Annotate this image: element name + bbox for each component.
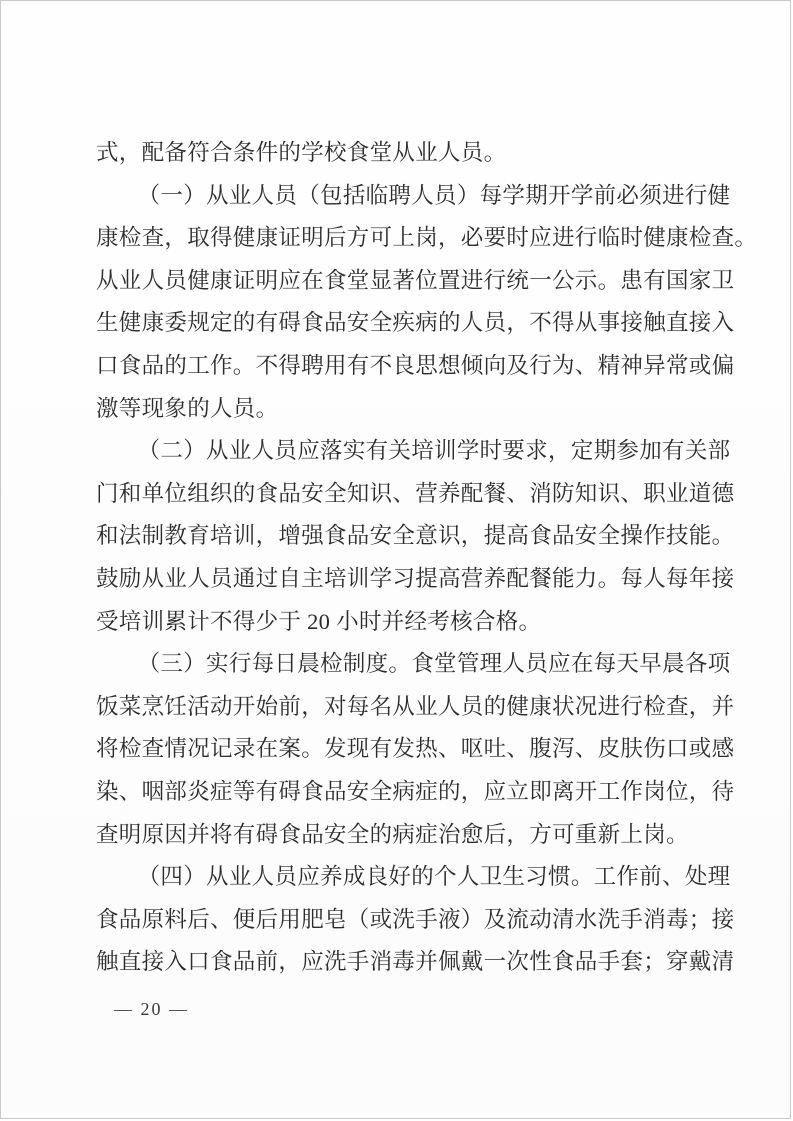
- text-line: 门和单位组织的食品安全知识、营养配餐、消防知识、职业道德: [96, 473, 705, 516]
- text-line: 式，配备符合条件的学校食堂从业人员。: [96, 132, 705, 175]
- text-line: 查明原因并将有碍食品安全的病症治愈后，方可重新上岗。: [96, 814, 705, 857]
- text-line: 鼓励从业人员通过自主培训学习提高营养配餐能力。每人每年接: [96, 558, 705, 601]
- text-line: 从业人员健康证明应在食堂显著位置进行统一公示。患有国家卫: [96, 260, 705, 303]
- text-line: 受培训累计不得少于 20 小时并经考核合格。: [96, 601, 705, 644]
- text-line: 触直接入口食品前，应洗手消毒并佩戴一次性食品手套；穿戴清: [96, 941, 705, 984]
- text-line: （二）从业人员应落实有关培训学时要求，定期参加有关部: [96, 430, 705, 473]
- text-line: 康检查，取得健康证明后方可上岗，必要时应进行临时健康检查。: [96, 217, 705, 260]
- page-number: — 20 —: [114, 999, 189, 1020]
- text-line: 生健康委规定的有碍食品安全疾病的人员，不得从事接触直接入: [96, 302, 705, 345]
- text-line: 染、咽部炎症等有碍食品安全病症的，应立即离开工作岗位，待: [96, 771, 705, 814]
- text-line: （四）从业人员应养成良好的个人卫生习惯。工作前、处理: [96, 856, 705, 899]
- text-line: 将检查情况记录在案。发现有发热、呕吐、腹泻、皮肤伤口或感: [96, 728, 705, 771]
- text-line: 口食品的工作。不得聘用有不良思想倾向及行为、精神异常或偏: [96, 345, 705, 388]
- text-line: （三）实行每日晨检制度。食堂管理人员应在每天早晨各项: [96, 643, 705, 686]
- text-line: 激等现象的人员。: [96, 388, 705, 431]
- document-page: 式，配备符合条件的学校食堂从业人员。 （一）从业人员（包括临聘人员）每学期开学前…: [0, 0, 791, 1119]
- text-line: 和法制教育培训，增强食品安全意识，提高食品安全操作技能。: [96, 515, 705, 558]
- text-line: 饭菜烹饪活动开始前，对每名从业人员的健康状况进行检查，并: [96, 686, 705, 729]
- document-body: 式，配备符合条件的学校食堂从业人员。 （一）从业人员（包括临聘人员）每学期开学前…: [96, 132, 705, 984]
- text-line: 食品原料后、便后用肥皂（或洗手液）及流动清水洗手消毒；接: [96, 899, 705, 942]
- text-line: （一）从业人员（包括临聘人员）每学期开学前必须进行健: [96, 175, 705, 218]
